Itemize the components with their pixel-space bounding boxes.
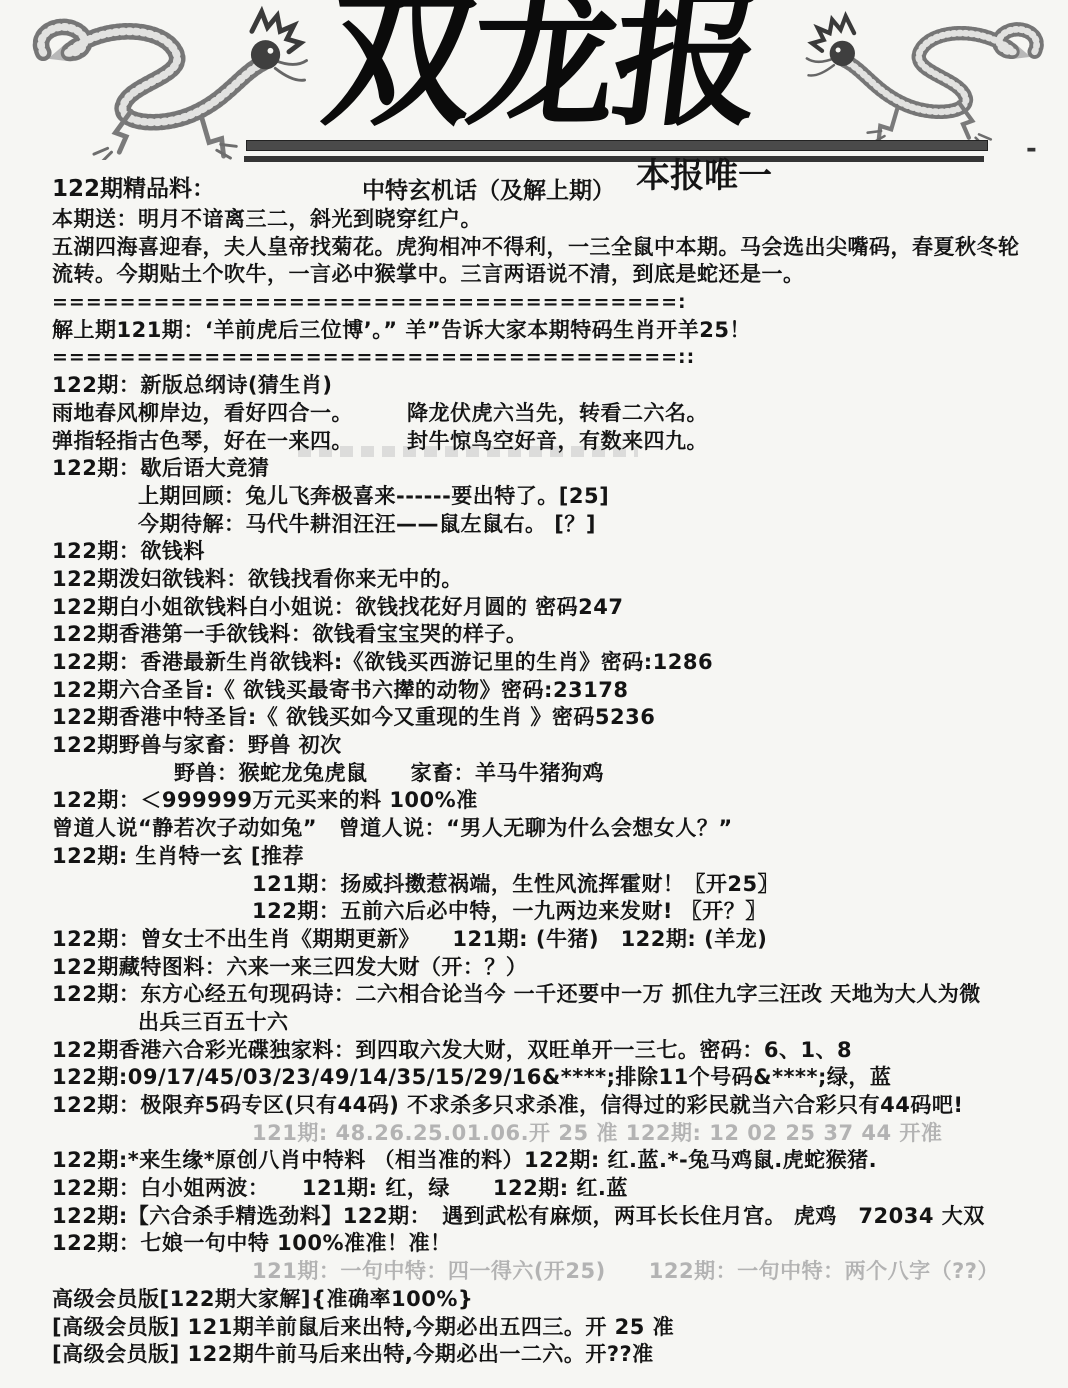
masthead-rule-bottom	[244, 156, 984, 162]
text-line: 122期:【六合杀手精选劲料】122期： 遇到武松有麻烦，两耳长长住月宫。 虎鸡…	[52, 1203, 1056, 1231]
separator-line: =====================================::	[52, 344, 1056, 372]
text-line: 122期：歇后语大竞猜	[52, 455, 1056, 483]
text-line: 流转。今期贴土个吹牛，一言必中猴掌中。三言两语说不清，到底是蛇还是一。	[52, 261, 1056, 289]
text-line: 本期送：明月不谙离三二，斜光到晓穿红户。	[52, 206, 1056, 234]
text-line: 122期香港中特圣旨:《 欲钱买如今又重现的生肖 》密码5236	[52, 704, 1056, 732]
text-line: 曾道人说“静若次子动如兔” 曾道人说：“男人无聊为什么会想女人？”	[52, 815, 1056, 843]
separator-line: =====================================:	[52, 289, 1056, 317]
text-line: 122期：七娘一句中特 100%准准！准！	[52, 1230, 1056, 1258]
text-line: [高级会员版] 122期牛前马后来出特,今期必出一二六。开??准	[52, 1341, 1056, 1369]
text-line: 121期: 48.26.25.01.06.开 25 准 122期: 12 02 …	[52, 1120, 1056, 1148]
text-line: 解上期121期：‘羊前虎后三位博’。” 羊”告诉大家本期特码生肖开羊25！	[52, 317, 1056, 345]
text-line: 122期香港六合彩光碟独家料：到四取六发大财，双旺单开一三七。密码：6、1、8	[52, 1037, 1056, 1065]
newspaper-page: 双龙报 - 122期精品料： 中特玄机话（及解上期） 本报唯一 本期送：明月不谙…	[0, 0, 1068, 1388]
text-line: 122期:09/17/45/03/23/49/14/35/15/29/16&**…	[52, 1064, 1056, 1092]
text-line: [高级会员版] 121期羊前鼠后来出特,今期必出五四三。开 25 准	[52, 1314, 1056, 1342]
dragon-left-icon	[12, 4, 328, 160]
issue-label: 122期精品料：	[52, 170, 215, 203]
text-line: 122期：白小姐两波： 121期: 红，绿 122期: 红.蓝	[52, 1175, 1056, 1203]
text-line: 上期回顾：兔儿飞奔极喜来------要出特了。[25]	[52, 483, 1056, 511]
text-line: 122期：东方心经五句现码诗：二六相合论当今 一千还要中一万 抓住九字三汪改 天…	[52, 981, 1056, 1009]
text-line: 122期：极限弃5码专区(只有44码) 不求杀多只求杀准，信得过的彩民就当六合彩…	[52, 1092, 1056, 1120]
paper-title: 双龙报	[317, 0, 767, 134]
dragon-right-icon	[790, 2, 1060, 152]
text-line: 高级会员版[122期大家解]{准确率100%}	[52, 1286, 1056, 1314]
text-line: 122期藏特图料：六来一来三四发大财（开：？）	[52, 954, 1056, 982]
text-line: 122期:*来生缘*原创八肖中特料 （相当准的料）122期: 红.蓝.*-兔马鸡…	[52, 1147, 1056, 1175]
text-line: 弹指轻指古色琴，好在一来四。 封牛惊鸟空好音，有数来四九。	[52, 428, 1056, 456]
text-line: 野兽：猴蛇龙兔虎鼠 家畜：羊马牛猪狗鸡	[52, 760, 1056, 788]
dash-artifact: -	[1026, 134, 1037, 164]
text-line: 122期白小姐欲钱料白小姐说：欲钱找花好月圆的 密码247	[52, 594, 1056, 622]
masthead-rule-top	[246, 140, 988, 151]
text-line: 121期：一句中特：四一得六(开25) 122期：一句中特：两个八字（??）	[52, 1258, 1056, 1286]
brand-claim: 本报唯一	[636, 148, 772, 197]
text-line: 122期：曾女士不出生肖《期期更新》 121期: (牛猪) 122期: (羊龙)	[52, 926, 1056, 954]
text-line: 今期待解：马代牛耕泪汪汪——鼠左鼠右。 [？]	[52, 511, 1056, 539]
text-line: 122期六合圣旨:《 欲钱买最寄书六撵的动物》密码:23178	[52, 677, 1056, 705]
text-line: 122期泼妇欲钱料：欲钱找看你来无中的。	[52, 566, 1056, 594]
text-line: 五湖四海喜迎春，夫人皇帝找菊花。虎狗相冲不得利，一三全鼠中本期。马会选出尖嘴码，…	[52, 234, 1056, 262]
text-line: 122期野兽与家畜：野兽 初次	[52, 732, 1056, 760]
text-line: 122期：＜999999万元买来的料 100%准	[52, 787, 1056, 815]
text-line: 122期：新版总纲诗(猜生肖)	[52, 372, 1056, 400]
subtitle: 中特玄机话（及解上期）	[362, 172, 615, 205]
text-line: 122期：五前六后必中特，一九两边来发财! 〖开？〗	[52, 898, 1056, 926]
text-line: 122期：欲钱料	[52, 538, 1056, 566]
content-lines: 本期送：明月不谙离三二，斜光到晓穿红户。五湖四海喜迎春，夫人皇帝找菊花。虎狗相冲…	[52, 206, 1056, 1369]
text-line: 出兵三百五十六	[52, 1009, 1056, 1037]
text-line: 121期：扬威抖擞惹祸端，生性风流挥霍财！〖开25〗	[52, 871, 1056, 899]
text-line: 122期: 生肖特一玄 [推荐	[52, 843, 1056, 871]
text-line: 122期：香港最新生肖欲钱料:《欲钱买西游记里的生肖》密码:1286	[52, 649, 1056, 677]
masthead: 双龙报 - 122期精品料： 中特玄机话（及解上期） 本报唯一	[0, 0, 1068, 205]
text-line: 122期香港第一手欲钱料：欲钱看宝宝哭的样子。	[52, 621, 1056, 649]
text-line: 雨地春风柳岸边，看好四合一。 降龙伏虎六当先，转看二六名。	[52, 400, 1056, 428]
